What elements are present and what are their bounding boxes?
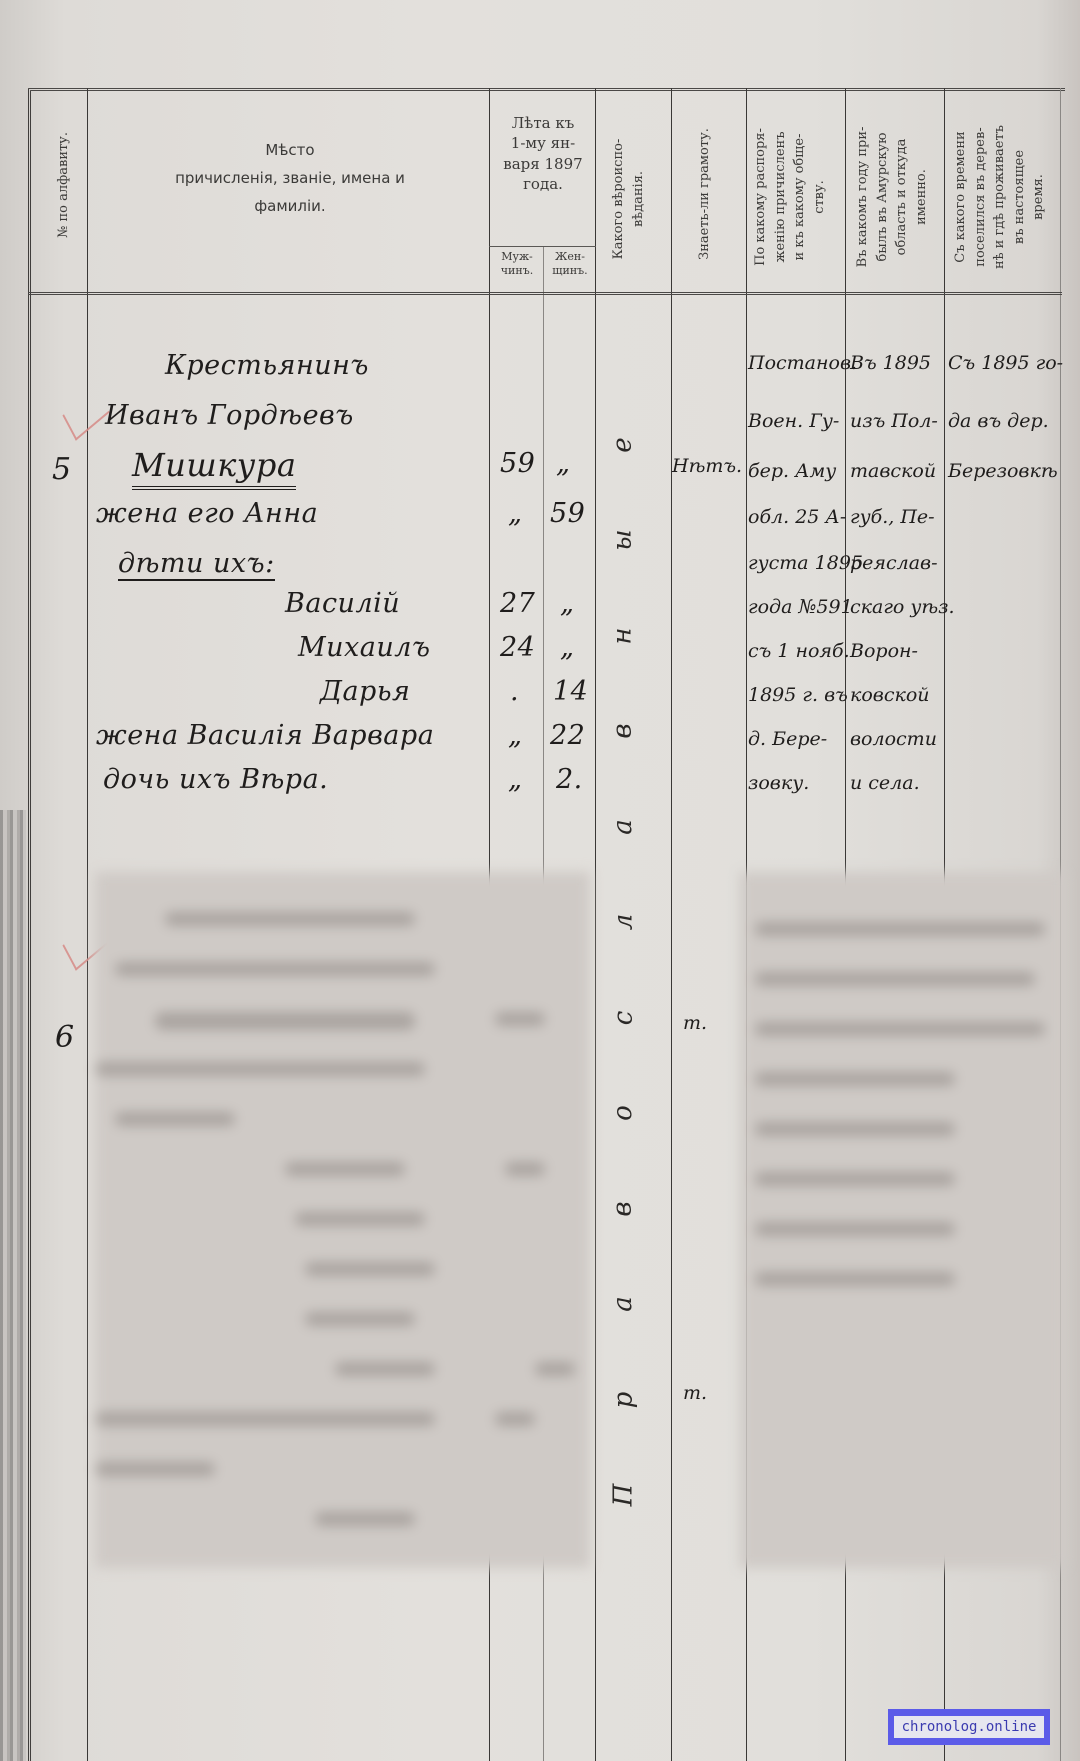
header-order: По какому распоря- женію причисленъ и къ… [751, 99, 835, 295]
order-line: зовку. [748, 772, 809, 794]
header-arrival: Въ какомъ году при- былъ въ Амурскую обл… [853, 99, 937, 295]
header-age-line: 1-му ян- [490, 133, 596, 153]
header-settled: Съ какого времени поселился въ дерев- нѣ… [951, 99, 1055, 295]
age-female: „ [560, 632, 575, 663]
age-female: 14 [553, 676, 588, 707]
age-female: 22 [550, 720, 585, 751]
header-male: Муж- чинъ. [490, 250, 544, 279]
redacted-details-region [740, 872, 1065, 1568]
settled-line: Съ 1895 го- [948, 352, 1063, 374]
religion-vertical-text: Православные [603, 430, 643, 1510]
age-male: „ [508, 764, 523, 795]
order-line: обл. 25 А- [748, 506, 846, 528]
arrival-line: губ., Пе- [850, 506, 935, 528]
census-page: № по алфавиту. Мѣсто причисленія, званіе… [0, 0, 1080, 1761]
arrival-line: и села. [850, 772, 920, 794]
header-name-line: причисленія, званіе, имена и [150, 168, 430, 190]
arrival-line: ковской [850, 684, 930, 706]
header-religion: Какого вѣроиспо- вѣданія. [609, 101, 657, 297]
arrival-line: реяслав- [850, 552, 938, 574]
order-line: съ 1 нояб. [748, 640, 850, 662]
order-line: густа 1895 [748, 552, 863, 574]
header-number: № по алфавиту. [54, 80, 84, 290]
watermark-text: chronolog.online [894, 1716, 1045, 1738]
watermark-badge: chronolog.online [888, 1709, 1050, 1745]
header-age-line: Лѣта къ [490, 113, 596, 133]
order-line: бер. Аму [748, 460, 836, 482]
entry-number: 5 [52, 452, 71, 487]
literacy-value: Нѣтъ. [672, 455, 742, 477]
arrival-line: Въ 1895 [850, 352, 931, 374]
col-divider [595, 88, 596, 1761]
age-male: 59 [500, 448, 535, 479]
order-line: года №591 [748, 596, 853, 618]
age-female: „ [560, 588, 575, 619]
arrival-line: изъ Пол- [850, 410, 938, 432]
age-male: „ [508, 498, 523, 529]
header-name: Мѣсто причисленія, званіе, имена и фамил… [150, 140, 430, 217]
arrival-line: волости [850, 728, 937, 750]
entry-given-name: Иванъ Гордѣевъ [105, 400, 354, 431]
age-male: . [510, 676, 519, 707]
person-label: дочь ихъ Вѣра. [103, 764, 328, 795]
person-label: дѣти ихъ: [118, 548, 275, 581]
header-age-line: года. [490, 174, 596, 194]
entry-number: 6 [55, 1020, 74, 1055]
age-male: 27 [500, 588, 535, 619]
arrival-line: скаго уѣз. [850, 596, 955, 618]
settled-line: да въ дер. [948, 410, 1049, 432]
age-female: 59 [550, 498, 585, 529]
arrival-line: Ворон- [850, 640, 918, 662]
person-label: жена его Анна [96, 498, 318, 529]
entry-status: Крестьянинъ [165, 350, 369, 381]
literacy-value: т. [683, 1382, 707, 1404]
age-male: 24 [500, 632, 535, 663]
age-male: „ [508, 720, 523, 751]
age-female: „ [556, 448, 571, 479]
entry-surname: Мишкура [132, 446, 296, 490]
arrival-line: тавской [850, 460, 936, 482]
col-divider [671, 88, 672, 1761]
header-literacy: Знаеть-ли грамоту. [695, 96, 723, 292]
order-line: д. Бере- [748, 728, 827, 750]
header-name-line: Мѣсто [150, 140, 430, 162]
person-label: Василій [285, 588, 400, 619]
person-label: Михаилъ [298, 632, 430, 663]
header-female: Жен- щинъ. [544, 250, 596, 279]
header-name-line: фамиліи. [150, 196, 430, 218]
person-label: Дарья [320, 676, 410, 707]
order-line: Постанов. [748, 352, 857, 374]
order-line: 1895 г. въ [748, 684, 848, 706]
age-subheader-rule [489, 246, 596, 247]
redacted-names-region [95, 872, 590, 1568]
page-binding-edge [0, 810, 26, 1761]
literacy-value: т. [683, 1012, 707, 1034]
person-label: жена Василія Варвара [96, 720, 434, 751]
order-line: Воен. Гу- [748, 410, 839, 432]
header-age: Лѣта къ 1-му ян- варя 1897 года. [490, 113, 596, 194]
age-female: 2. [556, 764, 583, 795]
settled-line: Березовкѣ [948, 460, 1058, 482]
header-age-line: варя 1897 [490, 154, 596, 174]
